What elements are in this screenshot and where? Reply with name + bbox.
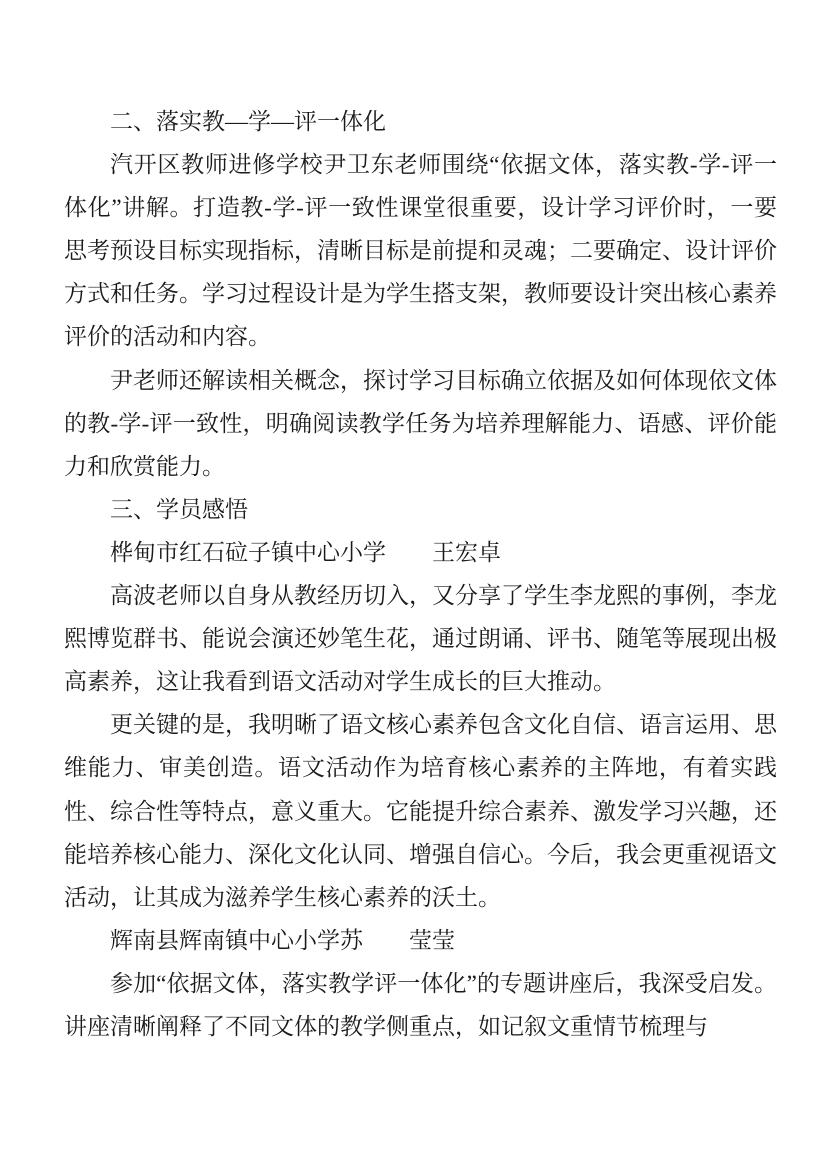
reflection-paragraph-2: 更关键的是，我明晰了语文核心素养包含文化自信、语言运用、思维能力、审美创造。语文… bbox=[64, 703, 777, 918]
section-2-paragraph-2: 尹老师还解读相关概念，探讨学习目标确立依据及如何体现依文体的教-学-评一致性，明… bbox=[64, 359, 777, 488]
reflection-paragraph-3: 参加“依据文体，落实教学评一体化”的专题讲座后，我深受启发。讲座清晰阐释了不同文… bbox=[64, 962, 777, 1048]
student-byline-1: 桦甸市红石砬子镇中心小学 王宏卓 bbox=[64, 531, 777, 574]
section-2-paragraph-1: 汽开区教师进修学校尹卫东老师围绕“依据文体，落实教-学-评一体化”讲解。打造教-… bbox=[64, 143, 777, 358]
document-body: 二、落实教—学—评一体化 汽开区教师进修学校尹卫东老师围绕“依据文体，落实教-学… bbox=[64, 0, 777, 1048]
document-page: 二、落实教—学—评一体化 汽开区教师进修学校尹卫东老师围绕“依据文体，落实教-学… bbox=[0, 0, 827, 1170]
student-byline-2: 辉南县辉南镇中心小学苏 莹莹 bbox=[64, 919, 777, 962]
section-2-heading: 二、落实教—学—评一体化 bbox=[64, 100, 777, 143]
section-3-heading: 三、学员感悟 bbox=[64, 488, 777, 531]
reflection-paragraph-1: 高波老师以自身从教经历切入，又分享了学生李龙熙的事例，李龙熙博览群书、能说会演还… bbox=[64, 574, 777, 703]
